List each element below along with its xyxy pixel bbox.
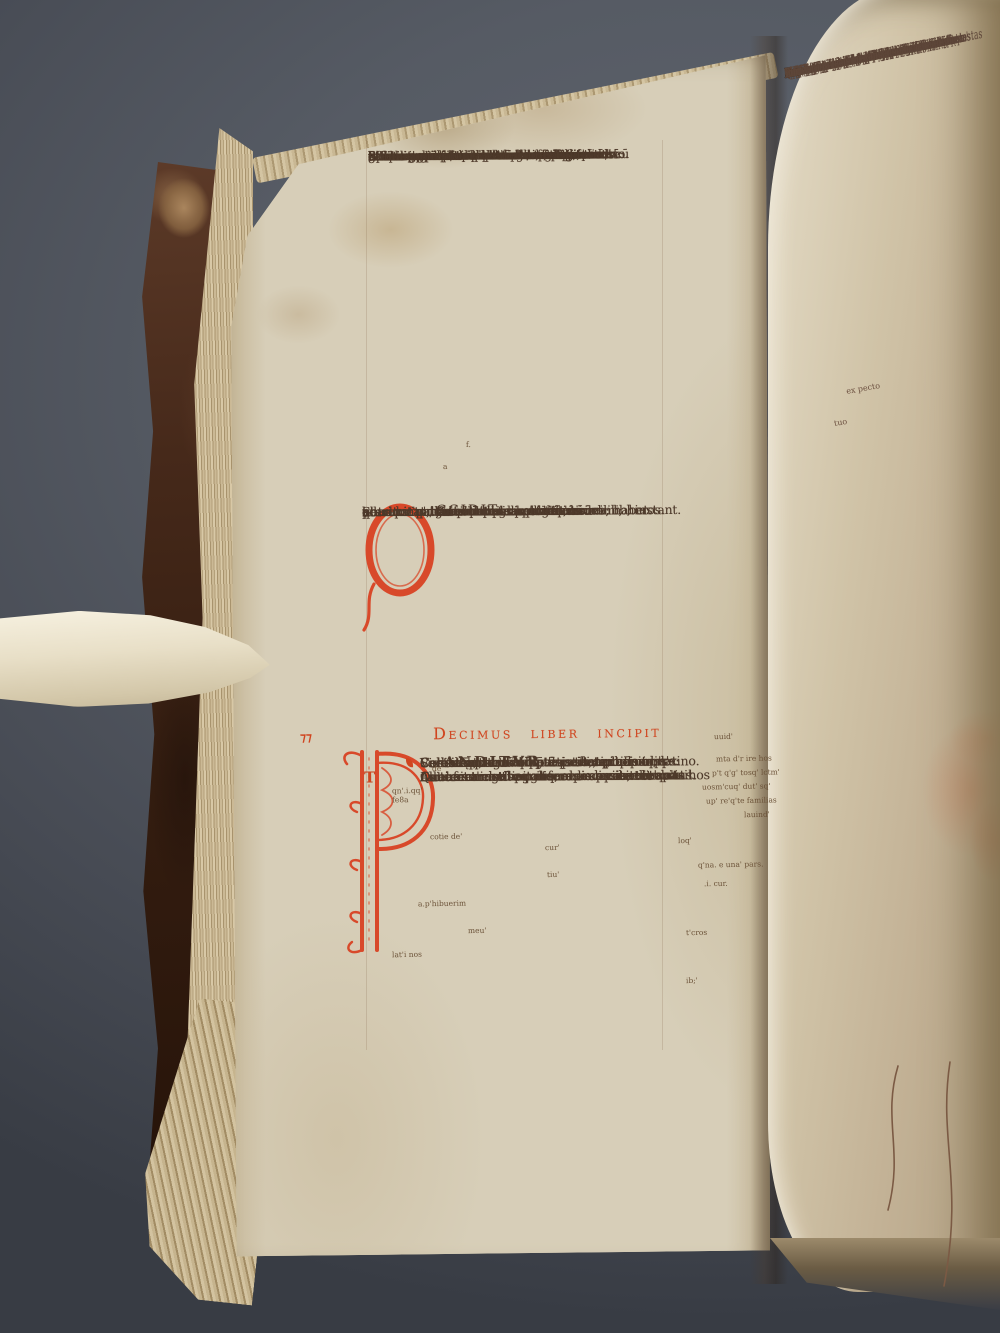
marginal-gloss: ib;' xyxy=(686,976,698,985)
verse-text: uo ultor nati mezentius occidit ipse. xyxy=(362,501,582,522)
marginal-gloss: a.p'hibuerim xyxy=(418,899,466,909)
verse-text: um certare odiis. cum res rapuisse liceb… xyxy=(420,765,681,787)
marginal-gloss: meu' xyxy=(468,926,487,935)
manuscript-photo: S ; manus e castris ppe coit omnis in un… xyxy=(0,0,1000,1333)
marginal-gloss: q'na. e una' pars. xyxy=(698,859,764,869)
marginal-gloss: cotie de' xyxy=(430,832,462,842)
verse-initial: T xyxy=(364,767,404,788)
marginal-gloss: lauind' xyxy=(744,810,770,819)
marginal-gloss: tiu' xyxy=(547,870,559,879)
marginal-gloss: a xyxy=(443,462,448,471)
marginal-gloss: loq' xyxy=(678,836,692,845)
marginal-gloss: de' xyxy=(432,764,443,773)
marginal-gloss: uosm'cuq' dut' sq' xyxy=(702,781,771,791)
marginal-gloss: up' re'q'te familias xyxy=(706,795,777,805)
left-page-parchment xyxy=(228,48,770,1260)
aeneid-book10-opening: ANDITVR intēa domū ōipotētis olimpi Cons… xyxy=(420,751,750,767)
marginal-gloss: qn'.i.qq' fe8a xyxy=(392,786,440,805)
marginal-gloss: p't q'g' tosq' lctm' xyxy=(712,767,780,777)
marginal-gloss: ⁊⁊ xyxy=(300,730,312,744)
marginal-gloss: lat'i nos xyxy=(392,950,422,960)
ruling-line-right xyxy=(662,140,663,1050)
marginal-gloss: cur' xyxy=(545,843,560,852)
marginal-gloss: uuid' xyxy=(714,732,733,741)
verse-text: letum sociis abluta cede remisit. xyxy=(368,146,564,167)
marginal-gloss: f. xyxy=(466,440,471,449)
marginal-gloss: .i. cur. xyxy=(704,879,728,888)
marginal-gloss: mta d'r ire hos xyxy=(716,754,772,764)
descender-flourishes xyxy=(876,1058,996,1298)
rubric-decimus-liber-incipit: Decimus liber incipit xyxy=(433,722,662,743)
worn-leather-patch xyxy=(158,178,210,238)
marginal-gloss: t'cros xyxy=(686,928,707,937)
